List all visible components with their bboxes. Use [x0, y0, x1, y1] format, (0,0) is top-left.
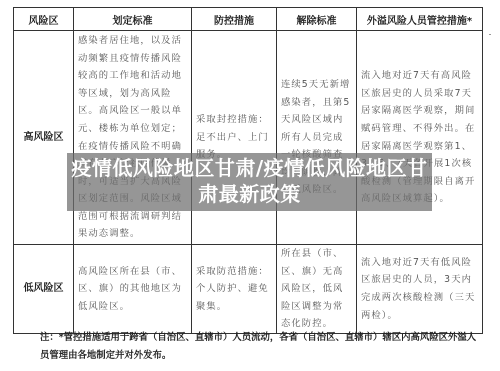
cell-measures: 采取封控措施：足不出户、上门服务。 — [192, 31, 277, 245]
cell-measures: 采取防范措施：个人防护、避免聚集。 — [192, 245, 277, 334]
table-row-high-risk: 高风险区 感染者居住地，以及活动频繁且疫情传播风险较高的工作地和活动地等区域，划… — [14, 31, 483, 245]
cell-criteria: 感染者居住地，以及活动频繁且疫情传播风险较高的工作地和活动地等区域，划为高风险区… — [74, 31, 192, 245]
header-criteria: 划定标准 — [74, 8, 192, 31]
table-header-row: 风险区 划定标准 防控措施 解除标准 外溢风险人员管控措施* — [14, 8, 483, 31]
header-measures: 防控措施 — [192, 8, 277, 31]
cell-release: 所在县（市、区、旗）无高风险区，低风险区调整为常态化防控。 — [277, 245, 357, 334]
cell-spillover: 流入地对近7天有低风险区旅居史的人员，3天内完成两次核酸检测（三天两检）。 — [357, 245, 483, 334]
footnote: 注：*管控措施适用于跨省（自治区、直辖市）人员流动，各省（自治区、直辖市）辖区内… — [40, 329, 480, 365]
overlay-title: 疫情低风险地区甘肃/疫情低风险地区甘肃最新政策 — [67, 155, 432, 207]
row-label-high-risk: 高风险区 — [14, 31, 74, 245]
stray-mark — [489, 34, 491, 35]
header-area: 风险区 — [14, 8, 74, 31]
cell-release: 连续5天无新增感染者，且第5天风险区域内所有人员完成一轮核酸筛查均为阴性，降为低… — [277, 31, 357, 245]
table-row-low-risk: 低风险区 高风险区所在县（市、区、旗）的其他地区为低风险区。 采取防范措施：个人… — [14, 245, 483, 334]
header-release: 解除标准 — [277, 8, 357, 31]
cell-spillover: 流入地对近7天有高风险区旅居史的人员采取7天居家隔离医学观察，期间赋码管理、不得… — [357, 31, 483, 245]
header-spillover: 外溢风险人员管控措施* — [357, 8, 483, 31]
row-label-low-risk: 低风险区 — [14, 245, 74, 334]
cell-criteria: 高风险区所在县（市、区、旗）的其他地区为低风险区。 — [74, 245, 192, 334]
